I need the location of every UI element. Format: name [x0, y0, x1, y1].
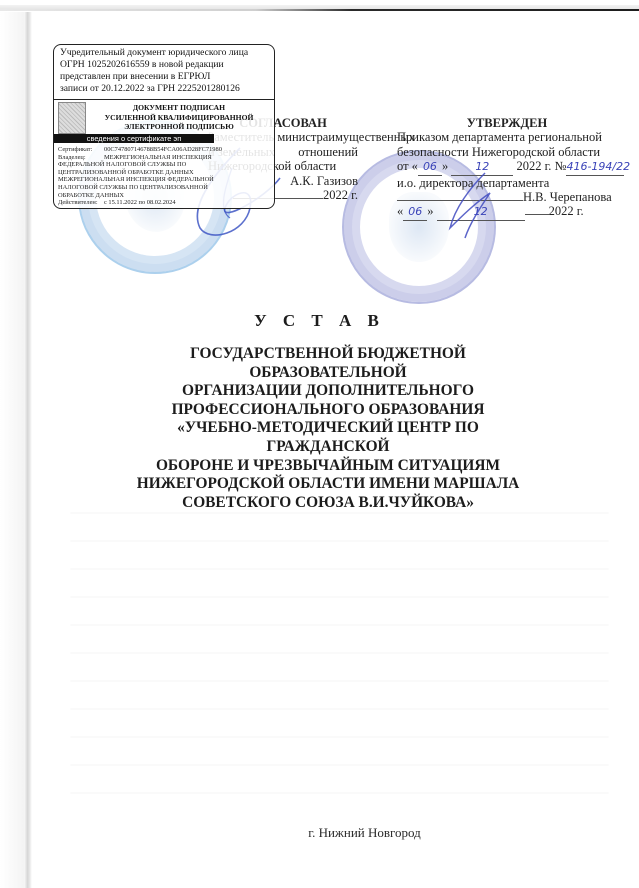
certificate-details: Сертификат: 00C747807146788B54FCA06AD28F… [54, 143, 274, 207]
approved-signer: Н.В. Черепанова [397, 190, 617, 204]
scan-left-edge [24, 12, 32, 888]
order-number: 416-194/22 [566, 160, 624, 175]
approved-position: и.о. директора департамента [397, 176, 617, 190]
document-title: У С Т А В [0, 311, 639, 331]
approved-block: УТВЕРЖДЕН Приказом департамента регионал… [397, 116, 617, 221]
electronic-signature-box: Учредительный документ юридического лица… [53, 44, 275, 209]
date-day: 06 [403, 205, 427, 220]
valid-row: Действителен: с 15.11.2022 по 08.02.2024 [58, 199, 270, 207]
order-month: 12 [451, 160, 513, 175]
scan-top-edge [0, 9, 639, 11]
registration-note: Учредительный документ юридического лица… [54, 45, 274, 100]
approved-line-1: Приказом департамента региональной [397, 130, 617, 144]
coat-of-arms-icon [58, 102, 86, 134]
organization-name: ГОСУДАРСТВЕННОЙ БЮДЖЕТНОЙ ОБРАЗОВАТЕЛЬНО… [118, 345, 538, 512]
order-day: 06 [418, 160, 442, 175]
date-month: 12 [437, 205, 525, 220]
approved-date: «06» 122022 г. [397, 204, 617, 220]
approved-line-2: безопасности Нижегородской области [397, 145, 617, 159]
certificate-info-bar: сведения о сертификате эп [54, 134, 214, 143]
esign-heading: ДОКУМЕНТ ПОДПИСАН УСИЛЕННОЙ КВАЛИФИЦИРОВ… [88, 103, 270, 132]
approved-order: от «06» 12 2022 г. №416-194/22 [397, 159, 617, 175]
approved-title: УТВЕРЖДЕН [397, 116, 617, 130]
city-footer: г. Нижний Новгород [0, 825, 639, 841]
certificate-row: Сертификат: 00C747807146788B54FCA06AD28F… [58, 146, 270, 154]
esign-heading-area: ДОКУМЕНТ ПОДПИСАН УСИЛЕННОЙ КВАЛИФИЦИРОВ… [54, 100, 274, 134]
